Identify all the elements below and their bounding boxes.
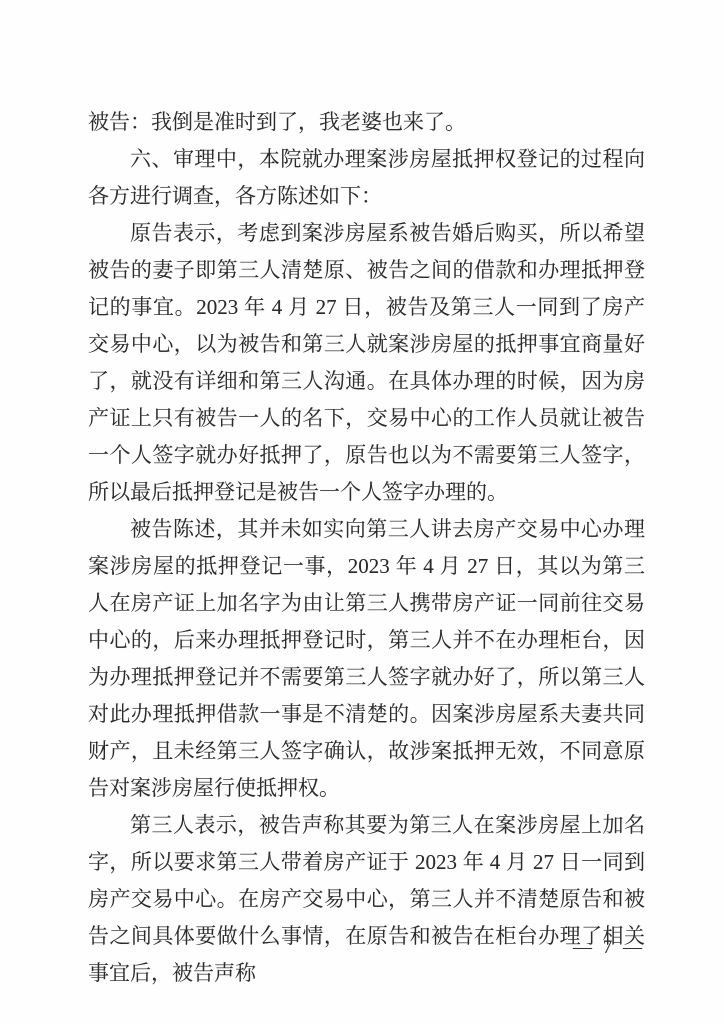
paragraph-plaintiff-statement: 原告表示，考虑到案涉房屋系被告婚后购买，所以希望被告的妻子即第三人清楚原、被告之… <box>88 215 645 511</box>
document-page: 被告：我倒是准时到了，我老婆也来了。 六、审理中，本院就办理案涉房屋抵押权登记的… <box>0 0 724 1024</box>
paragraph-third-party-statement: 第三人表示，被告声称其要为第三人在案涉房屋上加名字，所以要求第三人带着房产证于 … <box>88 807 645 992</box>
body-text: 被告：我倒是准时到了，我老婆也来了。 六、审理中，本院就办理案涉房屋抵押权登记的… <box>88 104 645 992</box>
page-number: — 7 — <box>573 936 645 960</box>
paragraph-section-six-heading: 六、审理中，本院就办理案涉房屋抵押权登记的过程向各方进行调查，各方陈述如下： <box>88 141 645 215</box>
paragraph-dialogue-defendant: 被告：我倒是准时到了，我老婆也来了。 <box>88 104 645 141</box>
paragraph-defendant-statement: 被告陈述，其并未如实向第三人讲去房产交易中心办理案涉房屋的抵押登记一事，2023… <box>88 511 645 807</box>
